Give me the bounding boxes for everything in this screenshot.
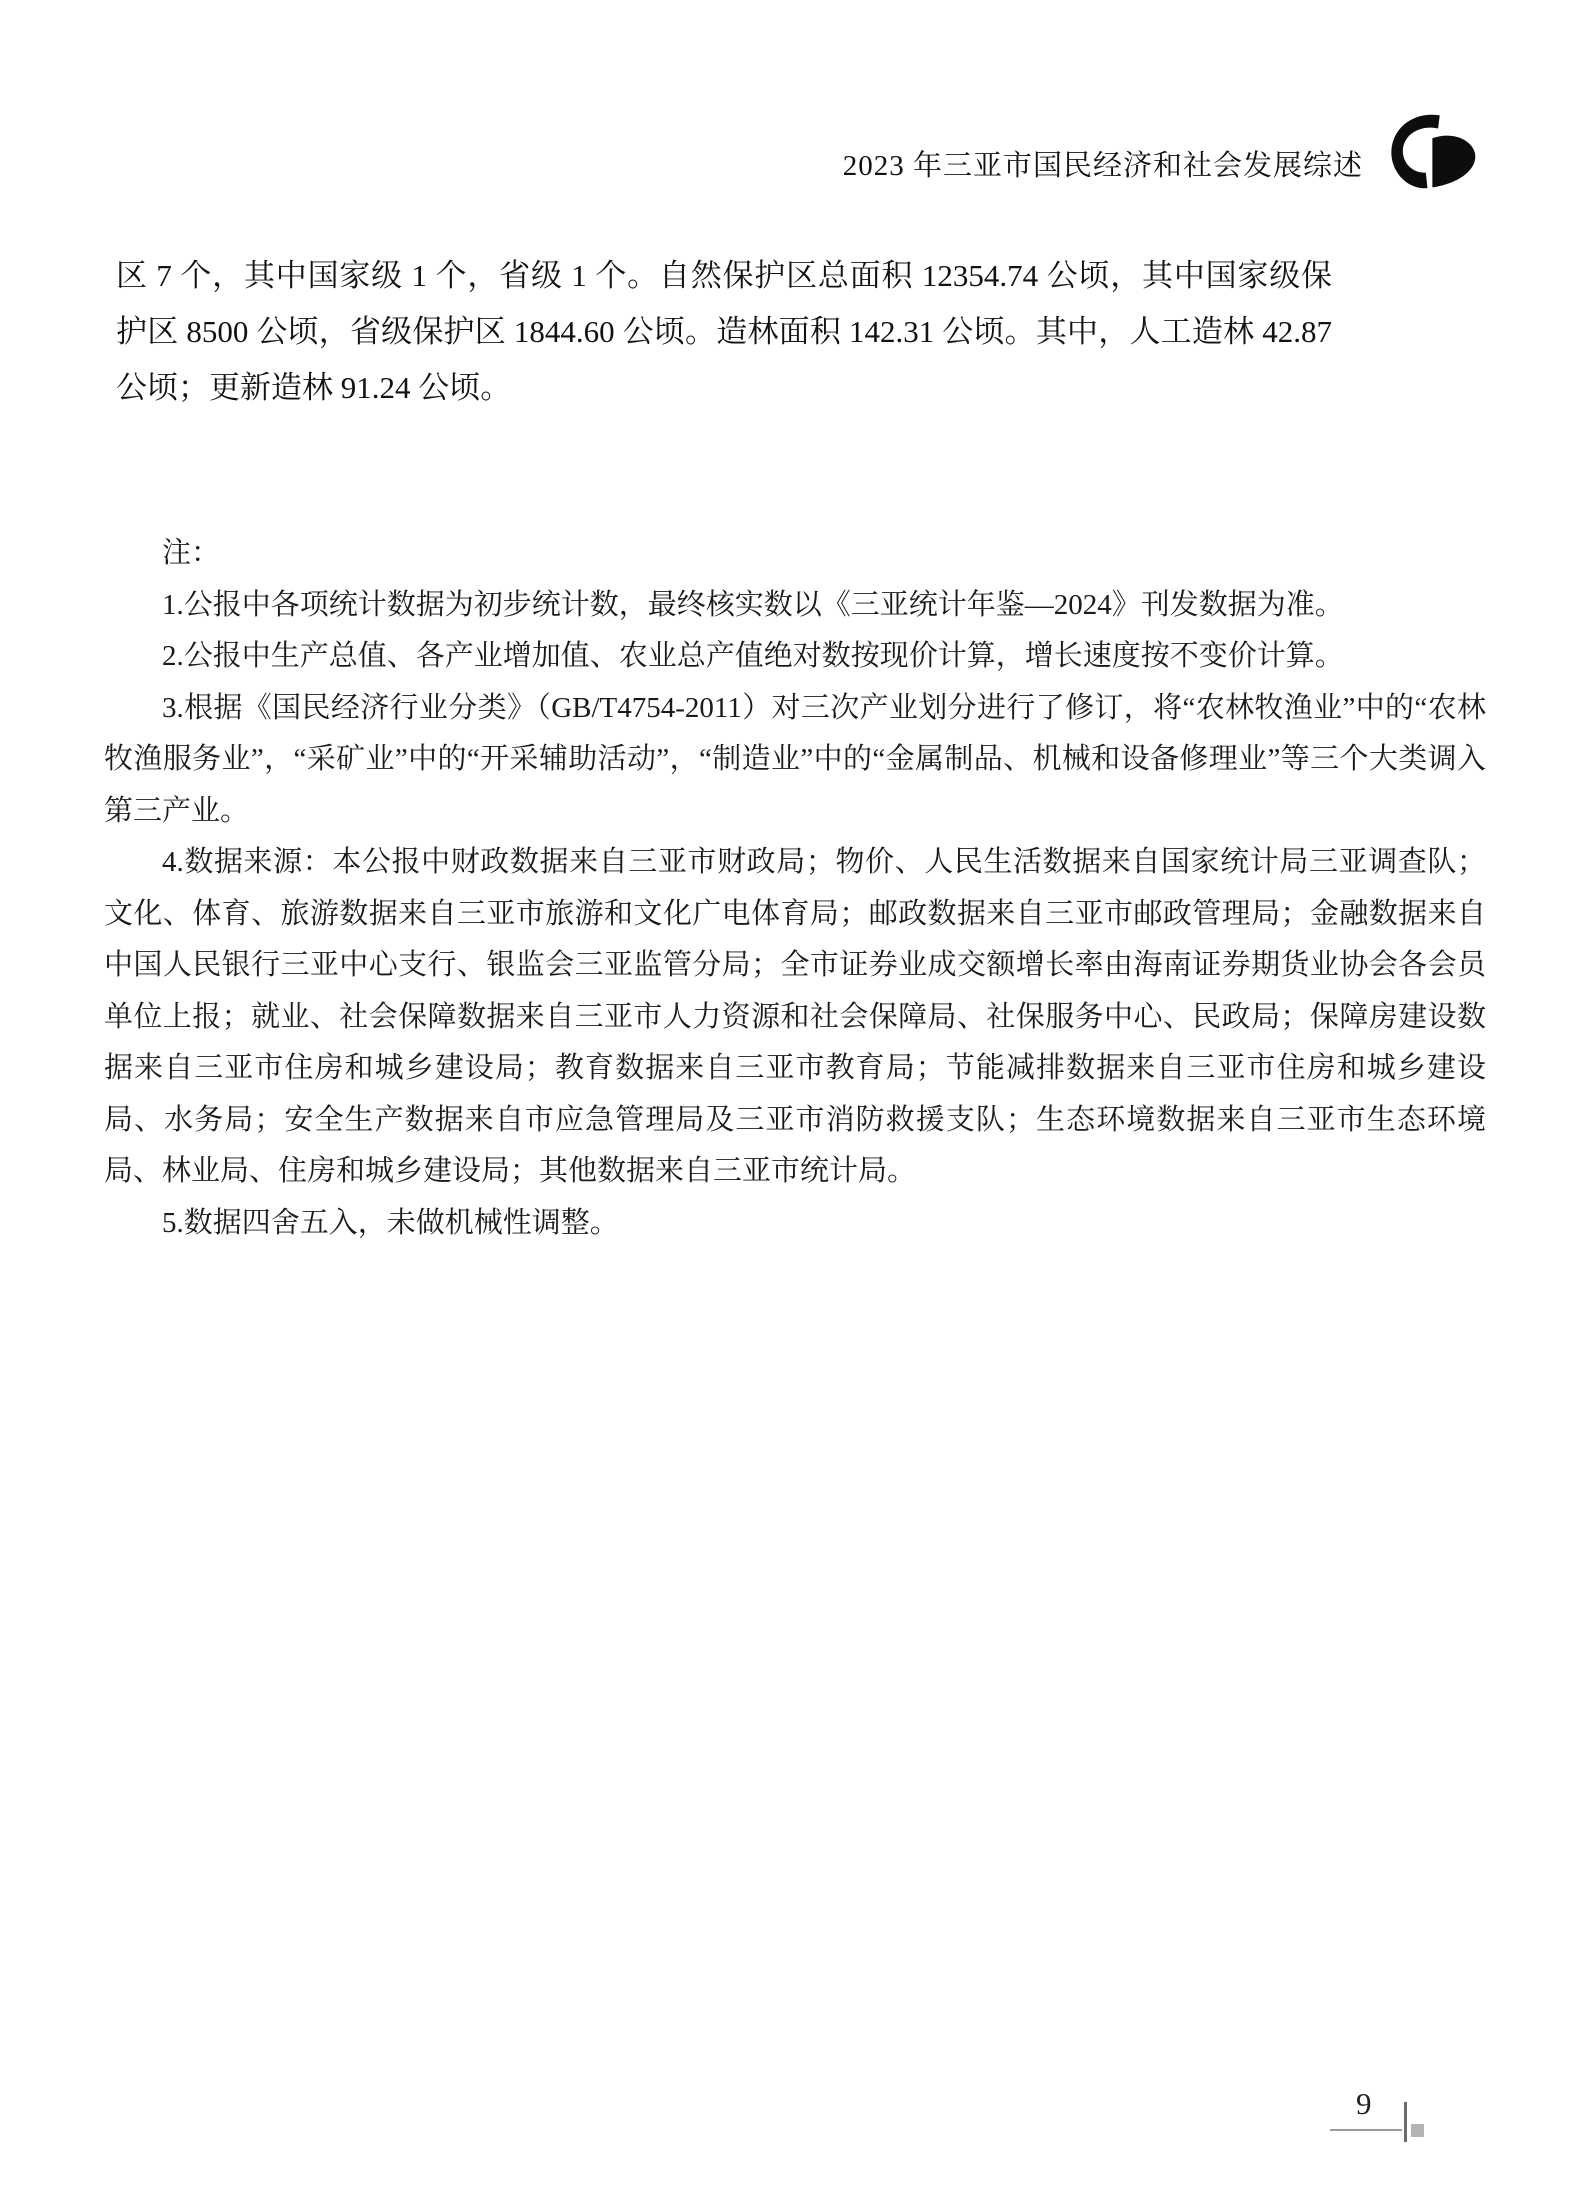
note-item-2: 2.公报中生产总值、各产业增加值、农业总产值绝对数按现价计算，增长速度按不变价计…: [104, 631, 1486, 683]
header-title: 2023 年三亚市国民经济和社会发展综述: [843, 123, 1363, 184]
note-item-5: 5.数据四舍五入，未做机械性调整。: [104, 1198, 1486, 1250]
page-header: 2023 年三亚市国民经济和社会发展综述: [843, 112, 1479, 194]
swirl-logo-icon: [1389, 112, 1479, 194]
notes-section: 注： 1.公报中各项统计数据为初步统计数，最终核实数以《三亚统计年鉴—2024》…: [104, 528, 1486, 1249]
note-item-1: 1.公报中各项统计数据为初步统计数，最终核实数以《三亚统计年鉴—2024》刊发数…: [104, 580, 1486, 632]
footer-rule: [1330, 2129, 1402, 2131]
note-item-3: 3.根据《国民经济行业分类》（GB/T4754-2011）对三次产业划分进行了修…: [104, 683, 1486, 838]
document-page: 2023 年三亚市国民经济和社会发展综述 区 7 个，其中国家级 1 个，省级 …: [0, 0, 1587, 2192]
footer-square-decoration: [1411, 2124, 1424, 2137]
note-item-4: 4.数据来源：本公报中财政数据来自三亚市财政局；物价、人民生活数据来自国家统计局…: [104, 837, 1486, 1198]
page-number: 9: [1356, 2086, 1372, 2122]
notes-label: 注：: [104, 528, 1486, 580]
footer-bar-decoration: [1404, 2102, 1407, 2142]
body-paragraph: 区 7 个，其中国家级 1 个，省级 1 个。自然保护区总面积 12354.74…: [116, 248, 1332, 416]
